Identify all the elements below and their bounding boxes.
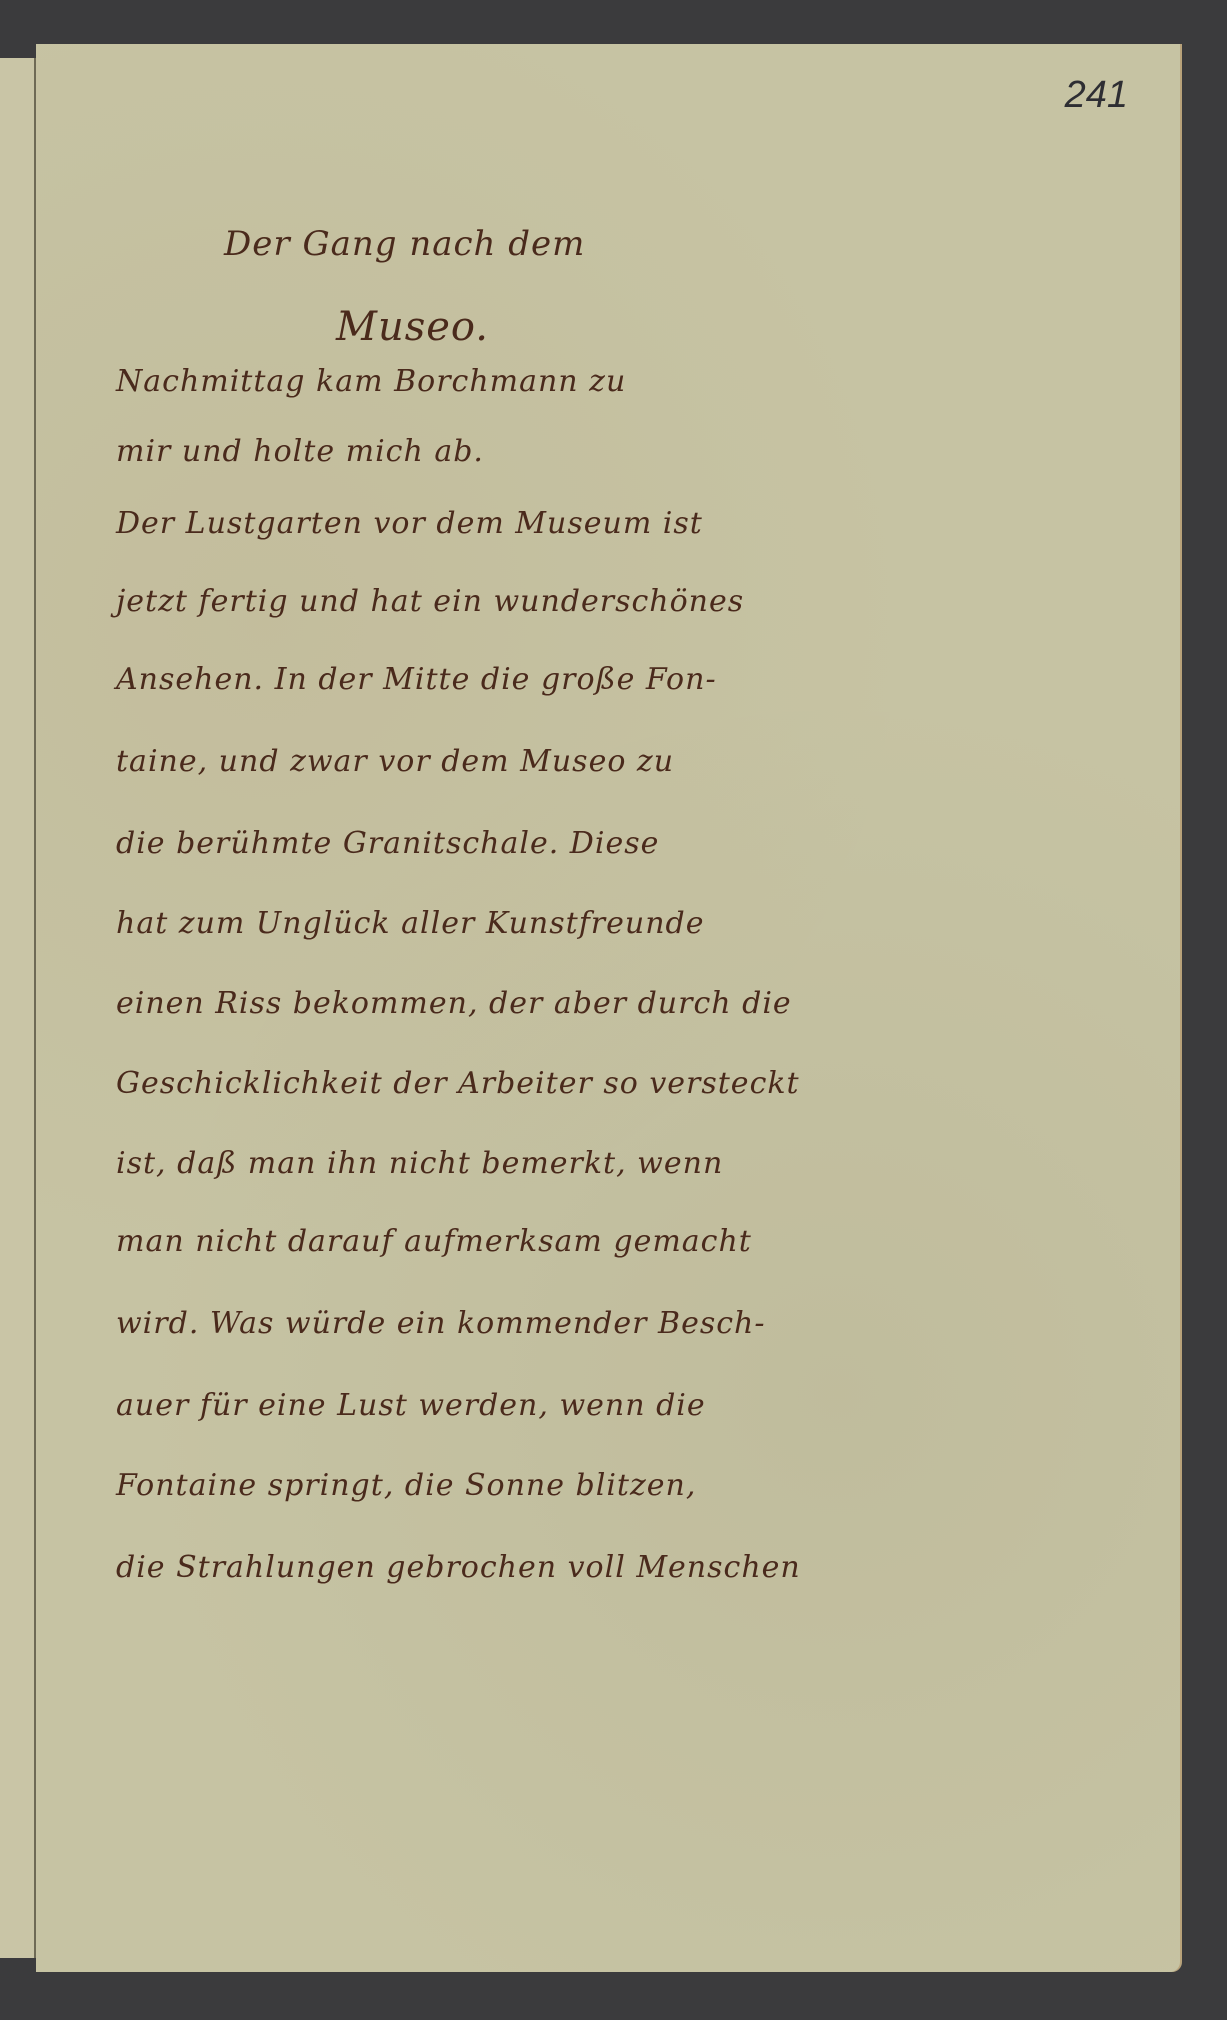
text-line: ist, daß man ihn nicht bemerkt, wenn	[116, 1146, 723, 1181]
text-line: Geschicklichkeit der Arbeiter so verstec…	[116, 1066, 800, 1101]
manuscript-page: 241 Der Gang nach dem Museo. Nachmittag …	[36, 44, 1182, 1972]
text-line: mir und holte mich ab.	[116, 434, 484, 469]
adjacent-page-edge	[0, 58, 36, 1958]
heading-line-2: Museo.	[336, 304, 489, 350]
text-line: Nachmittag kam Borchmann zu	[116, 364, 626, 399]
text-line: man nicht darauf aufmerksam gemacht	[116, 1224, 752, 1259]
text-line: taine, und zwar vor dem Museo zu	[116, 744, 674, 779]
folio-number: 241	[1065, 74, 1128, 117]
text-line: auer für eine Lust werden, wenn die	[116, 1388, 706, 1423]
text-line: die Strahlungen gebrochen voll Menschen	[116, 1550, 801, 1585]
text-line: jetzt fertig und hat ein wunderschönes	[116, 584, 744, 619]
text-line: Ansehen. In der Mitte die große Fon-	[116, 662, 717, 697]
text-line: hat zum Unglück aller Kunstfreunde	[116, 906, 705, 941]
text-line: die berühmte Granitschale. Diese	[116, 826, 659, 861]
text-line: Der Lustgarten vor dem Museum ist	[116, 506, 703, 541]
heading-line-1: Der Gang nach dem	[224, 224, 585, 264]
text-line: wird. Was würde ein kommender Besch-	[116, 1306, 765, 1341]
text-line: einen Riss bekommen, der aber durch die	[116, 986, 792, 1021]
text-line: Fontaine springt, die Sonne blitzen,	[116, 1468, 696, 1503]
